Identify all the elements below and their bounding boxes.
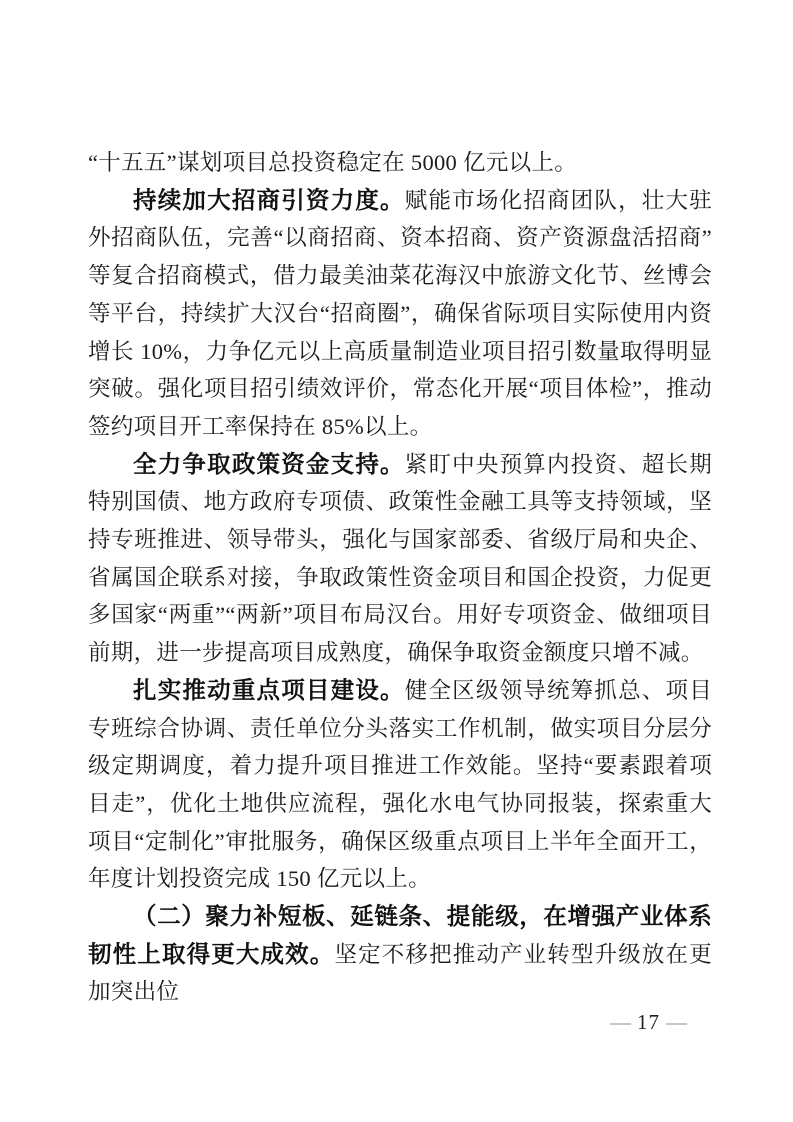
document-page: “十五五”谋划项目总投资稳定在 5000 亿元以上。 持续加大招商引资力度。赋能… [0, 0, 793, 1122]
para-lead: 扎实推动重点项目建设。 [133, 677, 405, 703]
page-number-dash-left: — [604, 1010, 637, 1034]
page-number-dash-right: — [660, 1010, 693, 1034]
para-body: 紧盯中央预算内投资、超长期特别国债、地方政府专项债、政策性金融工具等支持领域，坚… [88, 452, 712, 666]
para-section-two-heading: （二）聚力补短板、延链条、提能级，在增强产业体系韧性上取得更大成效。坚定不移把推… [88, 898, 712, 1011]
document-body: “十五五”谋划项目总投资稳定在 5000 亿元以上。 持续加大招商引资力度。赋能… [88, 144, 712, 1011]
para-continuation-fifteenth-plan: “十五五”谋划项目总投资稳定在 5000 亿元以上。 [88, 144, 712, 182]
page-number: —17— [604, 1008, 693, 1036]
para-body: 赋能市场化招商团队，壮大驻外招商队伍，完善“以商招商、资本招商、资产资源盘活招商… [88, 188, 712, 439]
para-lead: 全力争取政策资金支持。 [133, 451, 405, 477]
page-number-value: 17 [637, 1010, 660, 1034]
para-body: “十五五”谋划项目总投资稳定在 5000 亿元以上。 [88, 150, 577, 175]
para-policy-funds: 全力争取政策资金支持。紧盯中央预算内投资、超长期特别国债、地方政府专项债、政策性… [88, 446, 712, 672]
para-investment-attraction: 持续加大招商引资力度。赋能市场化招商团队，壮大驻外招商队伍，完善“以商招商、资本… [88, 182, 712, 446]
para-key-projects: 扎实推动重点项目建设。健全区级领导统筹抓总、项目专班综合协调、责任单位分头落实工… [88, 672, 712, 898]
para-lead: 持续加大招商引资力度。 [133, 187, 405, 213]
para-body: 健全区级领导统筹抓总、项目专班综合协调、责任单位分头落实工作机制，做实项目分层分… [88, 678, 712, 892]
